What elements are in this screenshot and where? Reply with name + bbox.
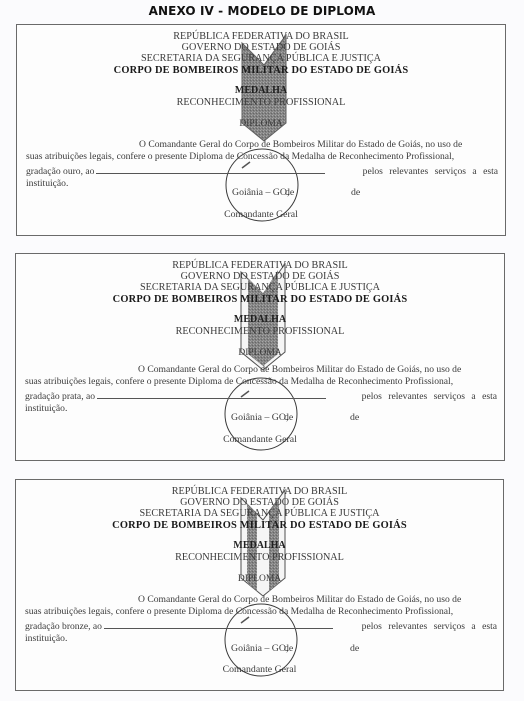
header-secretariat: SECRETARIA DA SEGURANÇA PÚBLICA E JUSTIÇ… bbox=[16, 508, 503, 519]
diploma-label: DIPLOMA bbox=[17, 119, 505, 130]
header-government: GOVERNO DO ESTADO DE GOIÁS bbox=[16, 497, 503, 508]
header-corps: CORPO DE BOMBEIROS MILITAR DO ESTADO DE … bbox=[16, 294, 504, 305]
recipient-name-blank[interactable] bbox=[96, 164, 325, 174]
date-de-1: de bbox=[284, 412, 293, 423]
header-corps: CORPO DE BOMBEIROS MILITAR DO ESTADO DE … bbox=[17, 65, 505, 76]
diploma-body: O Comandante Geral do Corpo de Bombeiros… bbox=[25, 364, 497, 415]
city-text: Goiânia – GO, bbox=[231, 643, 288, 654]
city-text: Goiânia – GO, bbox=[232, 187, 289, 198]
recipient-name-blank[interactable] bbox=[97, 389, 326, 399]
header-republic: REPÚBLICA FEDERATIVA DO BRASIL bbox=[17, 31, 505, 42]
header-secretariat: SECRETARIA DA SEGURANÇA PÚBLICA E JUSTIÇ… bbox=[17, 53, 505, 64]
body-line-3: gradação bronze, ao pelos relevantes ser… bbox=[25, 619, 497, 633]
recognition-label: RECONHECIMENTO PROFISSIONAL bbox=[17, 97, 505, 108]
city-text: Goiânia – GO, bbox=[231, 412, 288, 423]
body-line-3: gradação ouro, ao pelos relevantes servi… bbox=[26, 164, 498, 178]
diploma-bronze: REPÚBLICA FEDERATIVA DO BRASIL GOVERNO D… bbox=[15, 479, 504, 691]
recognition-label: RECONHECIMENTO PROFISSIONAL bbox=[16, 552, 503, 563]
date-de-2: de bbox=[350, 643, 359, 654]
diploma-label: DIPLOMA bbox=[16, 348, 504, 359]
signature-label: Comandante Geral bbox=[17, 209, 505, 220]
grade-text: gradação prata, ao bbox=[25, 391, 95, 403]
medal-label: MEDALHA bbox=[17, 85, 505, 96]
recognition-label: RECONHECIMENTO PROFISSIONAL bbox=[16, 326, 504, 337]
grade-text: gradação ouro, ao bbox=[26, 166, 94, 178]
body-line-1: O Comandante Geral do Corpo de Bombeiros… bbox=[26, 139, 498, 151]
grade-text: gradação bronze, ao bbox=[25, 621, 102, 633]
body-line-2: suas atribuições legais, confere o prese… bbox=[26, 151, 498, 163]
diploma-body: O Comandante Geral do Corpo de Bombeiros… bbox=[26, 139, 498, 190]
header-government: GOVERNO DO ESTADO DE GOIÁS bbox=[17, 42, 505, 53]
recipient-name-blank[interactable] bbox=[104, 619, 333, 629]
header-corps: CORPO DE BOMBEIROS MILITAR DO ESTADO DE … bbox=[16, 520, 503, 531]
body-line-1: O Comandante Geral do Corpo de Bombeiros… bbox=[25, 364, 497, 376]
date-de-2: de bbox=[350, 412, 359, 423]
body-line-2: suas atribuições legais, confere o prese… bbox=[25, 606, 497, 618]
diploma-prata: REPÚBLICA FEDERATIVA DO BRASIL GOVERNO D… bbox=[15, 253, 505, 461]
services-text: pelos relevantes serviços a esta bbox=[362, 621, 497, 633]
header-republic: REPÚBLICA FEDERATIVA DO BRASIL bbox=[16, 260, 504, 271]
header-government: GOVERNO DO ESTADO DE GOIÁS bbox=[16, 271, 504, 282]
body-line-1: O Comandante Geral do Corpo de Bombeiros… bbox=[25, 594, 497, 606]
signature-label: Comandante Geral bbox=[16, 664, 503, 675]
header-secretariat: SECRETARIA DA SEGURANÇA PÚBLICA E JUSTIÇ… bbox=[16, 282, 504, 293]
services-text: pelos relevantes serviços a esta bbox=[363, 166, 498, 178]
date-de-1: de bbox=[285, 187, 294, 198]
diploma-ouro: REPÚBLICA FEDERATIVA DO BRASIL GOVERNO D… bbox=[16, 24, 506, 236]
header-republic: REPÚBLICA FEDERATIVA DO BRASIL bbox=[16, 486, 503, 497]
page-title: ANEXO IV - MODELO DE DIPLOMA bbox=[0, 4, 524, 18]
date-de-2: de bbox=[351, 187, 360, 198]
services-text: pelos relevantes serviços a esta bbox=[362, 391, 497, 403]
body-line-2: suas atribuições legais, confere o prese… bbox=[25, 376, 497, 388]
body-line-3: gradação prata, ao pelos relevantes serv… bbox=[25, 389, 497, 403]
date-de-1: de bbox=[284, 643, 293, 654]
diploma-body: O Comandante Geral do Corpo de Bombeiros… bbox=[25, 594, 497, 645]
diploma-label: DIPLOMA bbox=[16, 574, 503, 585]
signature-label: Comandante Geral bbox=[16, 434, 504, 445]
medal-label: MEDALHA bbox=[16, 540, 503, 551]
medal-label: MEDALHA bbox=[16, 314, 504, 325]
